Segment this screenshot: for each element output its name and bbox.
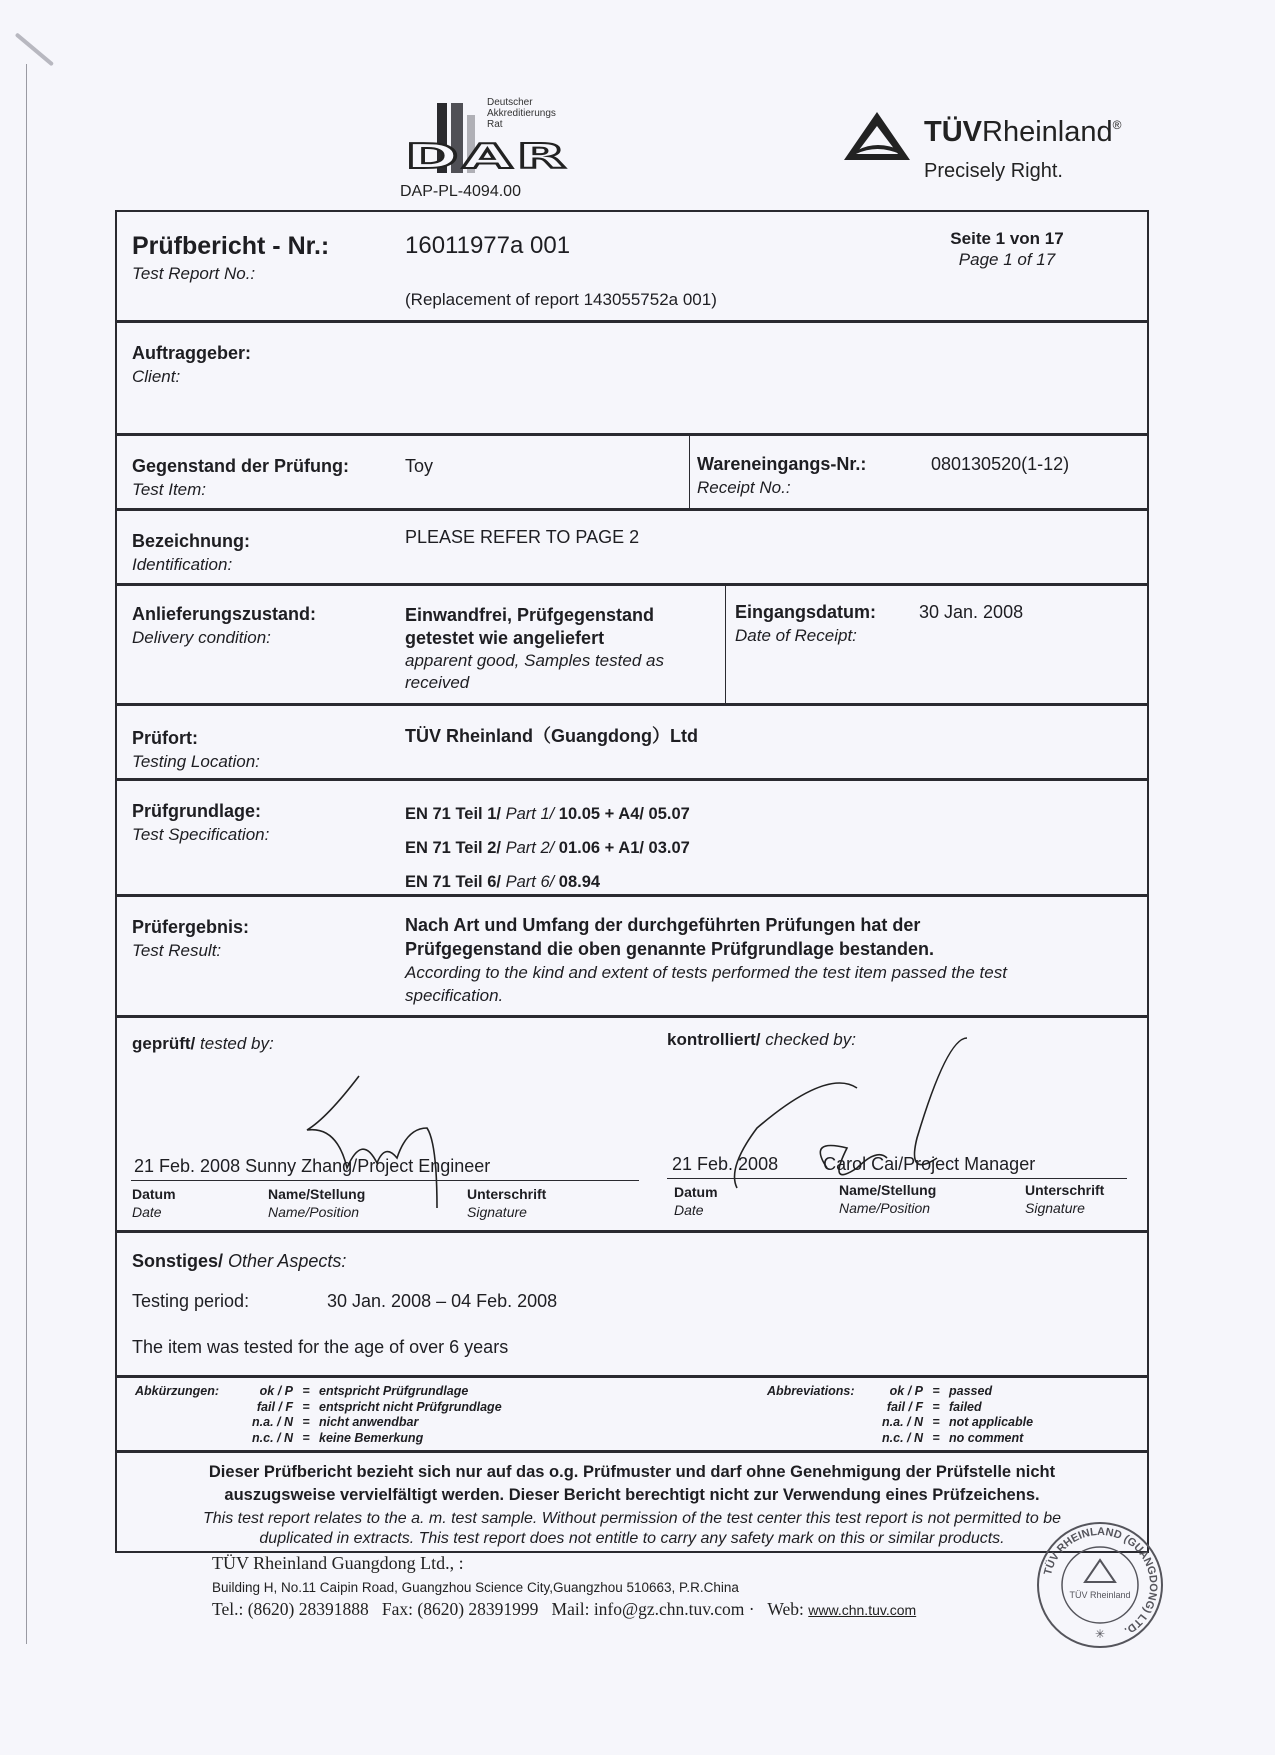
company-seal-stamp: TÜV RHEINLAND (GUANGDONG) LTD. TÜV Rhein…	[1035, 1520, 1165, 1650]
delivery-row: Anlieferungszustand: Delivery condition:…	[117, 586, 1147, 706]
company-contact: Tel.: (8620) 28391888 Fax: (8620) 283919…	[212, 1599, 916, 1620]
page-indicator-en: Page 1 of 17	[937, 250, 1077, 270]
col-name-de: Name/Stellung	[268, 1186, 365, 1202]
col-name-en: Name/Position	[268, 1204, 359, 1220]
identification-row: Bezeichnung: Identification: PLEASE REFE…	[117, 511, 1147, 586]
test-item-row: Gegenstand der Prüfung: Test Item: Toy W…	[117, 436, 1147, 511]
result-value-de: Nach Art und Umfang der durchgeführten P…	[405, 913, 934, 961]
delivery-value-de: Einwandfrei, Prüfgegenstand getestet wie…	[405, 604, 654, 650]
tester-line: 21 Feb. 2008 Sunny Zhang/Project Enginee…	[134, 1156, 490, 1177]
receipt-date-label-de: Eingangsdatum:	[735, 602, 876, 623]
abbreviation-item: ok / P=entspricht Prüfgrundlage	[235, 1384, 502, 1400]
abbreviation-item: fail / F=entspricht nicht Prüfgrundlage	[235, 1400, 502, 1416]
test-result-row: Prüfergebnis: Test Result: Nach Art und …	[117, 897, 1147, 1018]
dar-logo-letters: DAR	[405, 137, 570, 177]
abbreviation-item: n.a. / N=not applicable	[865, 1415, 1033, 1431]
report-number: 16011977a 001	[405, 232, 570, 260]
staple-mark	[15, 32, 54, 66]
company-address: Building H, No.11 Caipin Road, Guangzhou…	[212, 1580, 916, 1595]
mail: Mail: info@gz.chn.tuv.com	[552, 1599, 745, 1619]
identification-value: PLEASE REFER TO PAGE 2	[405, 527, 639, 548]
company-footer: TÜV Rheinland Guangdong Ltd., : Building…	[212, 1553, 916, 1620]
result-label-en: Test Result:	[132, 941, 221, 961]
testing-period-value: 30 Jan. 2008 – 04 Feb. 2008	[327, 1291, 557, 1312]
spec-item: EN 71 Teil 1/ Part 1/ 10.05 + A4/ 05.07	[405, 797, 690, 831]
abbreviations-list-en: ok / P=passedfail / F=failedn.a. / N=not…	[865, 1384, 1033, 1446]
col-name-de: Name/Stellung	[839, 1182, 936, 1198]
spec-label-en: Test Specification:	[132, 825, 269, 845]
column-divider	[689, 436, 690, 508]
test-specification-row: Prüfgrundlage: Test Specification: EN 71…	[117, 781, 1147, 897]
col-signature-en: Signature	[467, 1204, 527, 1220]
company-name: TÜV Rheinland Guangdong Ltd., :	[212, 1553, 916, 1574]
page-indicator-de: Seite 1 von 17	[937, 229, 1077, 249]
web-label: Web:	[767, 1599, 804, 1619]
report-form: Prüfbericht - Nr.: Test Report No.: 1601…	[115, 210, 1149, 1553]
spec-list: EN 71 Teil 1/ Part 1/ 10.05 + A4/ 05.07 …	[405, 797, 690, 899]
disclaimer-row: Dieser Prüfbericht bezieht sich nur auf …	[117, 1453, 1147, 1551]
spec-label-de: Prüfgrundlage:	[132, 801, 261, 822]
checker-line: 21 Feb. 2008 Carol Cai/Project Manager	[672, 1154, 1035, 1175]
test-item-label-en: Test Item:	[132, 480, 206, 500]
location-label-en: Testing Location:	[132, 752, 260, 772]
fax: Fax: (8620) 28391999	[382, 1599, 539, 1619]
tuv-brand-name: TÜVRheinland®	[924, 116, 1121, 149]
other-label: Sonstiges/ Other Aspects:	[132, 1251, 346, 1272]
col-date-de: Datum	[674, 1184, 718, 1200]
testing-location-row: Prüfort: Testing Location: TÜV Rheinland…	[117, 706, 1147, 781]
result-value-en: According to the kind and extent of test…	[405, 961, 1007, 1007]
abbreviation-item: ok / P=passed	[865, 1384, 1033, 1400]
svg-text:TÜV Rheinland: TÜV Rheinland	[1069, 1590, 1130, 1600]
abbreviations-label-en: Abbreviations:	[767, 1384, 855, 1400]
accreditation-code: DAP-PL-4094.00	[400, 183, 521, 201]
identification-label-de: Bezeichnung:	[132, 531, 250, 552]
signature-line	[131, 1180, 639, 1181]
client-row: Auftraggeber: Client:	[117, 323, 1147, 436]
signatures-row: geprüft/ tested by: kontrolliert/ checke…	[117, 1018, 1147, 1233]
identification-label-en: Identification:	[132, 555, 232, 575]
location-label-de: Prüfort:	[132, 728, 198, 749]
col-signature-en: Signature	[1025, 1200, 1085, 1216]
col-date-de: Datum	[132, 1186, 176, 1202]
test-item-value: Toy	[405, 456, 433, 477]
col-date-en: Date	[674, 1202, 704, 1218]
col-signature-de: Unterschrift	[467, 1186, 546, 1202]
col-date-en: Date	[132, 1204, 162, 1220]
checker-name: Carol Cai/Project Manager	[823, 1154, 1035, 1174]
receipt-no-value: 080130520(1-12)	[931, 454, 1069, 475]
tuv-tagline: Precisely Right.	[924, 160, 1063, 183]
abbreviation-item: n.c. / N=keine Bemerkung	[235, 1431, 502, 1447]
tester-name: Sunny Zhang/Project Engineer	[245, 1156, 490, 1176]
abbreviations-list-de: ok / P=entspricht Prüfgrundlagefail / F=…	[235, 1384, 502, 1446]
receipt-date-label-en: Date of Receipt:	[735, 626, 857, 646]
delivery-value-en: apparent good, Samples tested as receive…	[405, 650, 664, 694]
col-signature-de: Unterschrift	[1025, 1182, 1104, 1198]
tel: Tel.: (8620) 28391888	[212, 1599, 369, 1619]
report-number-label-en: Test Report No.:	[132, 264, 255, 284]
age-note: The item was tested for the age of over …	[132, 1337, 508, 1358]
abbreviation-item: fail / F=failed	[865, 1400, 1033, 1416]
testing-period-label: Testing period:	[132, 1291, 249, 1312]
location-value: TÜV Rheinland（Guangdong）Ltd	[405, 722, 698, 748]
spec-item: EN 71 Teil 6/ Part 6/ 08.94	[405, 865, 690, 899]
delivery-label-en: Delivery condition:	[132, 628, 271, 648]
col-name-en: Name/Position	[839, 1200, 930, 1216]
abbreviation-item: n.c. / N=no comment	[865, 1431, 1033, 1447]
tester-date: 21 Feb. 2008	[134, 1156, 240, 1176]
test-item-label-de: Gegenstand der Prüfung:	[132, 456, 349, 477]
report-number-row: Prüfbericht - Nr.: Test Report No.: 1601…	[117, 212, 1147, 323]
receipt-no-label-de: Wareneingangs-Nr.:	[697, 454, 866, 475]
delivery-label-de: Anlieferungszustand:	[132, 604, 316, 625]
result-label-de: Prüfergebnis:	[132, 917, 249, 938]
report-number-label-de: Prüfbericht - Nr.:	[132, 232, 329, 261]
dar-logo-text: Deutscher Akkreditierungs Rat	[487, 97, 556, 130]
column-divider	[725, 586, 726, 703]
client-label-de: Auftraggeber:	[132, 343, 251, 364]
client-label-en: Client:	[132, 367, 180, 387]
spec-item: EN 71 Teil 2/ Part 2/ 01.06 + A1/ 03.07	[405, 831, 690, 865]
disclaimer-de: Dieser Prüfbericht bezieht sich nur auf …	[117, 1461, 1147, 1507]
receipt-no-label-en: Receipt No.:	[697, 478, 791, 498]
other-aspects-row: Sonstiges/ Other Aspects: Testing period…	[117, 1233, 1147, 1378]
svg-text:✳: ✳	[1095, 1627, 1105, 1641]
disclaimer-en: This test report relates to the a. m. te…	[117, 1509, 1147, 1549]
abbreviation-item: n.a. / N=nicht anwendbar	[235, 1415, 502, 1431]
abbreviations-row: Abkürzungen: ok / P=entspricht Prüfgrund…	[117, 1378, 1147, 1453]
receipt-date-value: 30 Jan. 2008	[919, 602, 1023, 623]
web-link[interactable]: www.chn.tuv.com	[808, 1602, 916, 1618]
page-margin-line	[26, 64, 27, 1644]
tested-by-label: geprüft/ tested by:	[132, 1034, 274, 1054]
signature-line	[667, 1178, 1127, 1179]
checker-date: 21 Feb. 2008	[672, 1154, 778, 1174]
tuv-triangle-icon	[842, 110, 912, 162]
abbreviations-label-de: Abkürzungen:	[135, 1384, 219, 1400]
replacement-note: (Replacement of report 143055752a 001)	[405, 290, 717, 310]
